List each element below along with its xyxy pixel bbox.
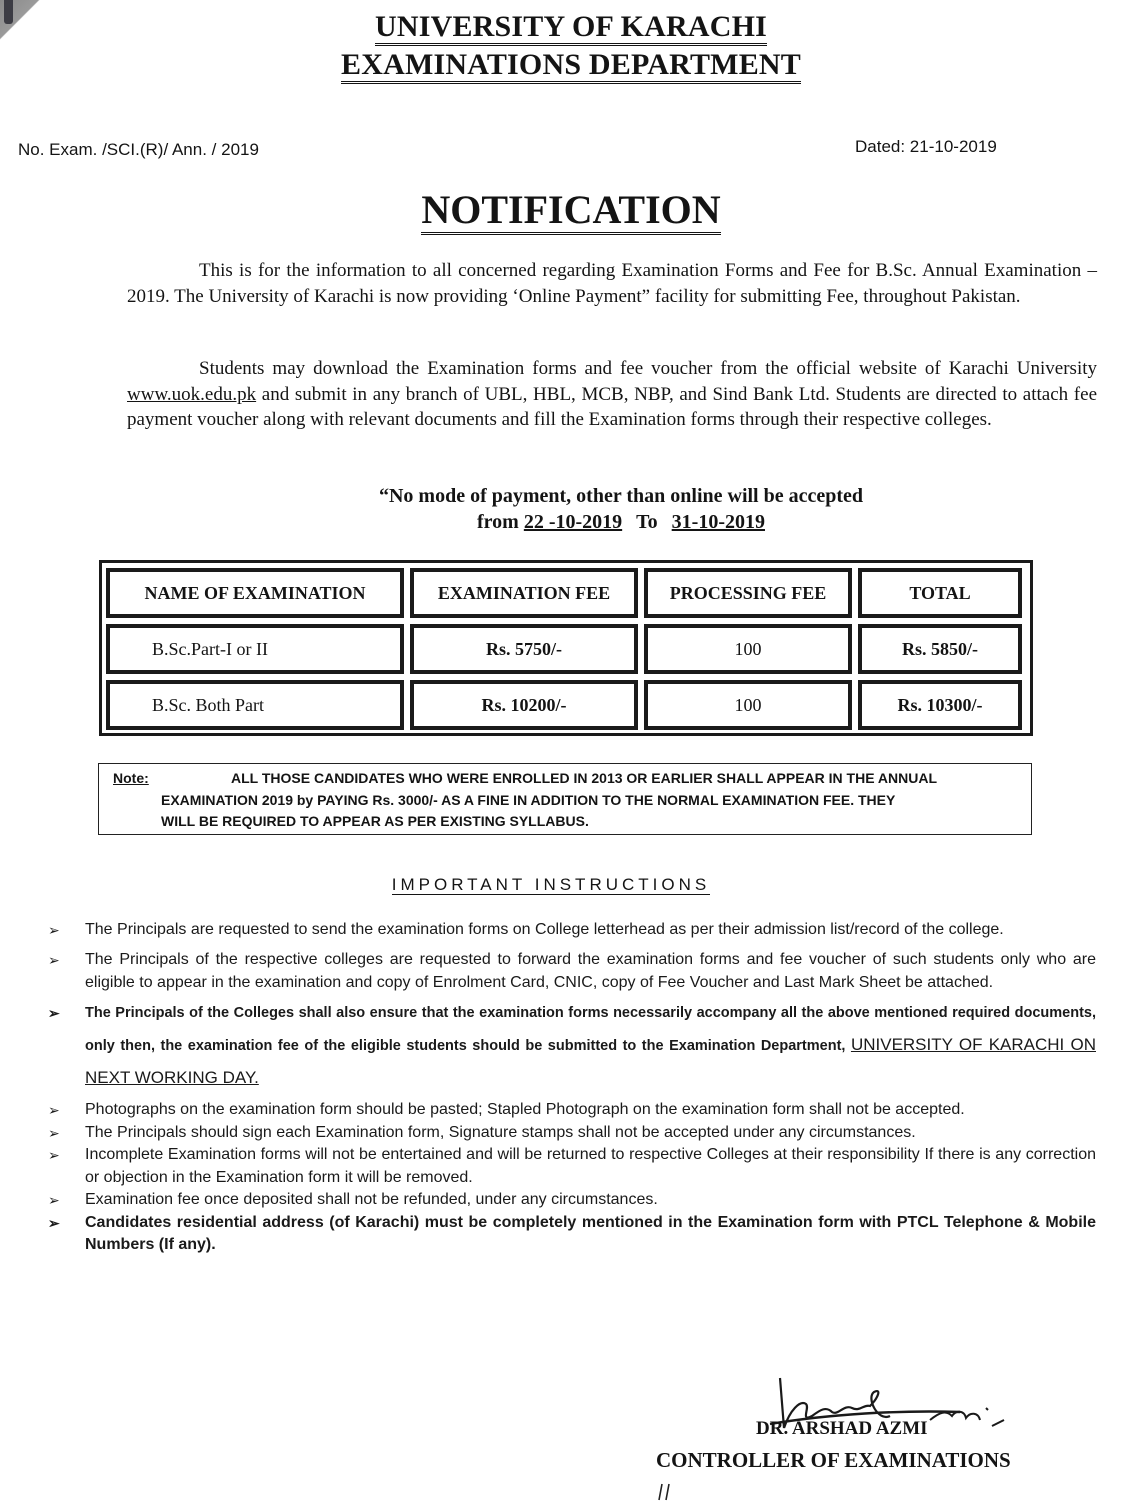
note-box: Note:ALL THOSE CANDIDATES WHO WERE ENROL… xyxy=(98,763,1032,835)
column-header: EXAMINATION FEE xyxy=(410,568,638,618)
total-cell: Rs. 10300/- xyxy=(858,680,1022,730)
table-row: B.Sc. Both Part Rs. 10200/- 100 Rs. 1030… xyxy=(106,680,1026,730)
list-item: ➢The Principals are requested to send th… xyxy=(48,914,1096,946)
table-row: B.Sc.Part-I or II Rs. 5750/- 100 Rs. 585… xyxy=(106,624,1026,674)
exam-name-cell: B.Sc. Both Part xyxy=(106,680,404,730)
list-item: ➢Examination fee once deposited shall no… xyxy=(48,1189,1096,1212)
reference-number: No. Exam. /SCI.(R)/ Ann. / 2019 xyxy=(18,140,259,160)
date: Dated: 21-10-2019 xyxy=(855,137,997,157)
column-header: TOTAL xyxy=(858,568,1022,618)
department-name: EXAMINATIONS DEPARTMENT xyxy=(0,48,1142,82)
exam-name-cell: B.Sc.Part-I or II xyxy=(106,624,404,674)
arrow-bullet-icon: ➢ xyxy=(48,949,60,972)
handwritten-mark-icon xyxy=(658,1482,672,1502)
exam-fee-cell: Rs. 10200/- xyxy=(410,680,638,730)
table-header-row: NAME OF EXAMINATION EXAMINATION FEE PROC… xyxy=(106,568,1026,618)
list-item: ➢The Principals should sign each Examina… xyxy=(48,1122,1096,1145)
website-link[interactable]: www.uok.edu.pk xyxy=(127,384,256,405)
list-item: ➢Incomplete Examination forms will not b… xyxy=(48,1144,1096,1189)
arrow-bullet-icon: ➢ xyxy=(48,1099,60,1122)
exam-fee-cell: Rs. 5750/- xyxy=(410,624,638,674)
arrow-bullet-icon: ➢ xyxy=(48,997,60,1029)
instructions-heading: IMPORTANT INSTRUCTIONS xyxy=(0,875,1102,895)
signatory-title: CONTROLLER OF EXAMINATIONS xyxy=(656,1448,1011,1473)
arrow-bullet-icon: ➢ xyxy=(48,1212,60,1235)
list-item: ➢The Principals of the respective colleg… xyxy=(48,949,1096,994)
column-header: PROCESSING FEE xyxy=(644,568,852,618)
processing-fee-cell: 100 xyxy=(644,680,852,730)
instructions-list: ➢The Principals are requested to send th… xyxy=(48,914,1096,1257)
intro-paragraph: This is for the information to all conce… xyxy=(127,258,1097,309)
list-item: ➢The Principals of the Colleges shall al… xyxy=(48,997,1096,1095)
payment-period: from 22 -10-2019To31-10-2019 xyxy=(50,509,1142,535)
notification-title: NOTIFICATION xyxy=(0,186,1142,233)
arrow-bullet-icon: ➢ xyxy=(48,1122,60,1145)
fee-table: NAME OF EXAMINATION EXAMINATION FEE PROC… xyxy=(99,560,1033,736)
to-date: 31-10-2019 xyxy=(672,511,765,533)
payment-notice-line: “No mode of payment, other than online w… xyxy=(50,483,1142,509)
arrow-bullet-icon: ➢ xyxy=(48,1144,60,1167)
arrow-bullet-icon: ➢ xyxy=(48,914,60,946)
download-paragraph: Students may download the Examination fo… xyxy=(127,356,1097,433)
note-label: Note: xyxy=(113,768,231,790)
total-cell: Rs. 5850/- xyxy=(858,624,1022,674)
processing-fee-cell: 100 xyxy=(644,624,852,674)
arrow-bullet-icon: ➢ xyxy=(48,1189,60,1212)
signatory-name: DR. ARSHAD AZMI xyxy=(756,1418,928,1440)
from-date: 22 -10-2019 xyxy=(524,511,622,533)
list-item: ➢Photographs on the examination form sho… xyxy=(48,1099,1096,1122)
university-name: UNIVERSITY OF KARACHI xyxy=(0,10,1142,44)
column-header: NAME OF EXAMINATION xyxy=(106,568,404,618)
list-item: ➢Candidates residential address (of Kara… xyxy=(48,1212,1096,1257)
